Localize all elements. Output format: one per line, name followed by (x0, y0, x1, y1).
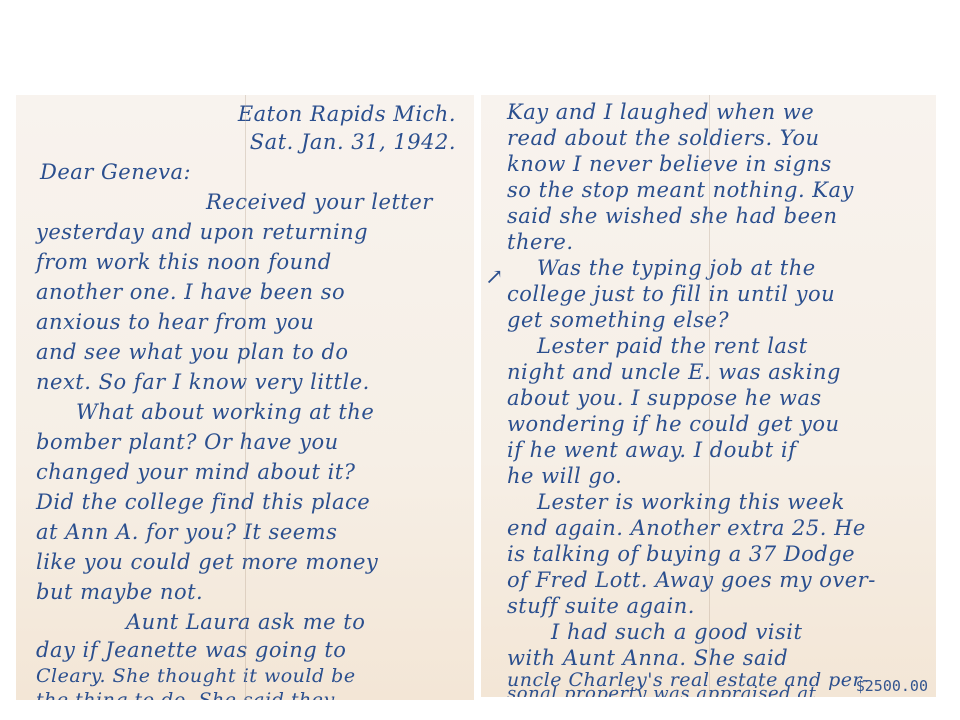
letter-place: Eaton Rapids Mich. (16, 99, 474, 129)
letter-line: Did the college find this place (36, 487, 474, 517)
letter-page-left: Eaton Rapids Mich. Sat. Jan. 31, 1942. D… (16, 95, 474, 700)
margin-arrow-icon: ↗ (485, 265, 503, 290)
amount-note: $2500.00 (856, 677, 928, 695)
letter-line: at Ann A. for you? It seems (36, 517, 474, 547)
letter-line: bomber plant? Or have you (36, 427, 474, 457)
letter-line: but maybe not. (36, 577, 474, 607)
letter-date: Sat. Jan. 31, 1942. (16, 127, 474, 157)
letter-line: and see what you plan to do (36, 337, 474, 367)
letter-line: the thing to do. She said they (36, 685, 474, 700)
letter-line: anxious to hear from you (36, 307, 474, 337)
letter-salutation: Dear Geneva: (40, 157, 474, 187)
letter-line: Received your letter (206, 187, 474, 217)
letter-line: like you could get more money (36, 547, 474, 577)
letter-line: What about working at the (76, 397, 474, 427)
letter-line: yesterday and upon returning (36, 217, 474, 247)
letter-line: next. So far I know very little. (36, 367, 474, 397)
letter-line: from work this noon found (36, 247, 474, 277)
letter-line: Aunt Laura ask me to (126, 607, 474, 637)
letter-line: another one. I have been so (36, 277, 474, 307)
letter-line: changed your mind about it? (36, 457, 474, 487)
letter-page-right: Kay and I laughed when we read about the… (481, 95, 936, 697)
